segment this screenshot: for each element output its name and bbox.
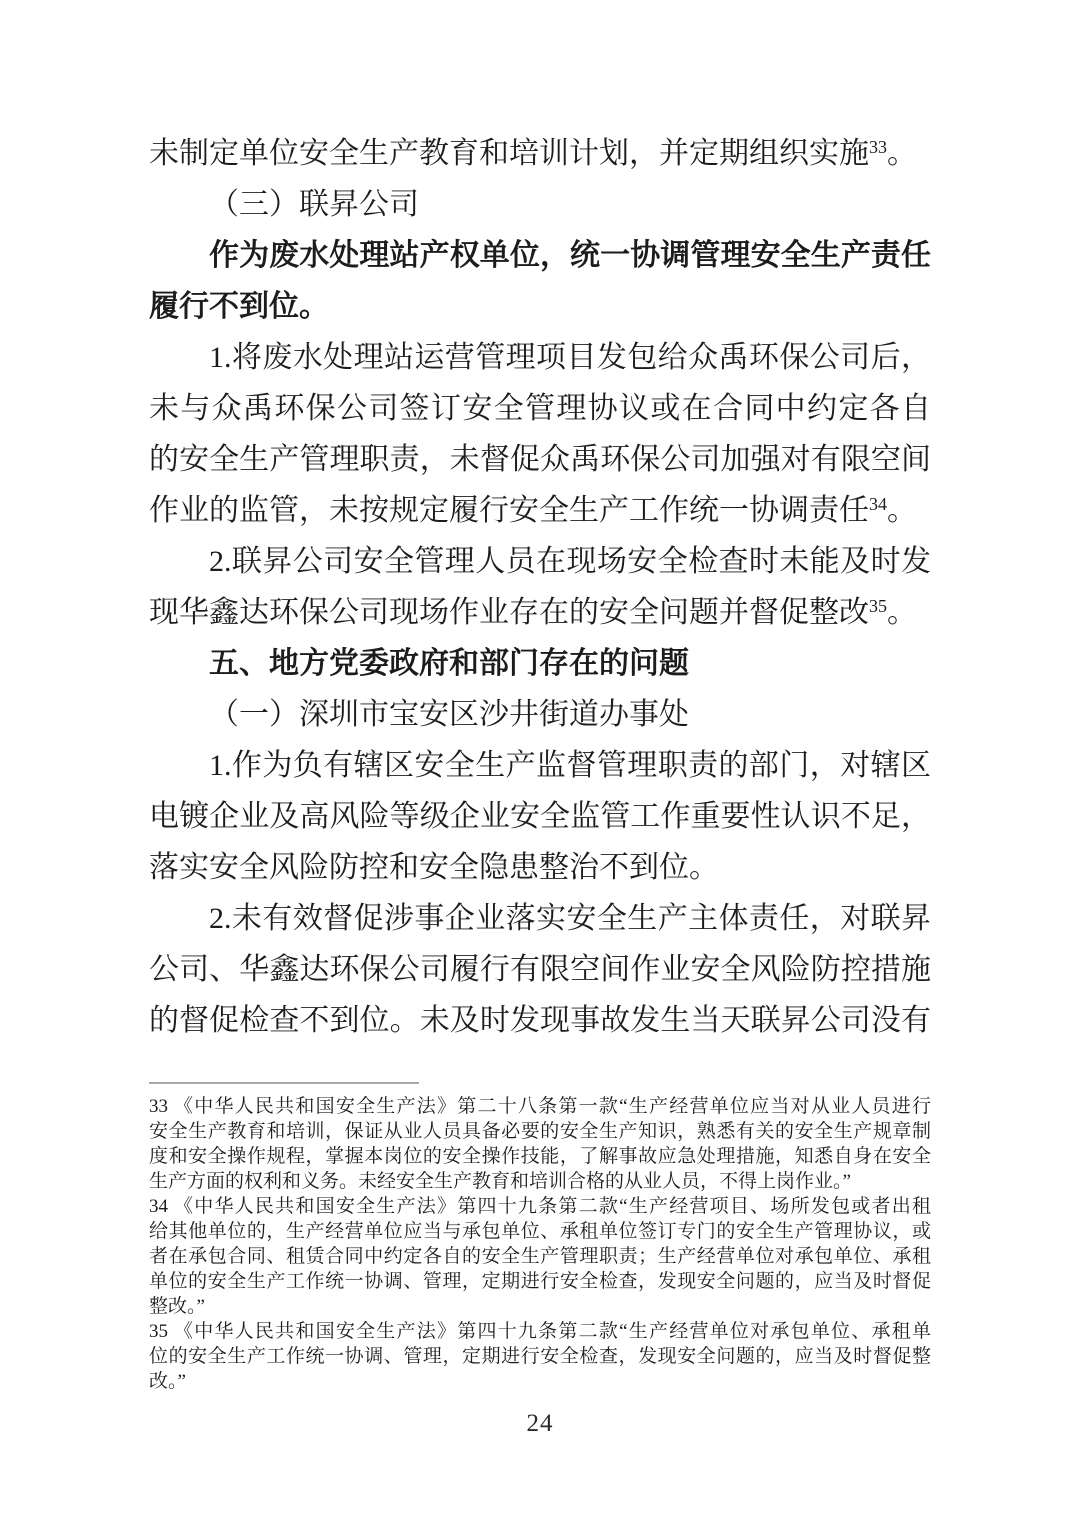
body-line: 2.未有效督促涉事企业落实安全生产主体责任，对联昇	[149, 893, 931, 944]
body-line: 未制定单位安全生产教育和培训计划，并定期组织实施33。	[149, 128, 931, 179]
footnote-ref-34: 34	[869, 494, 887, 514]
body-line-tail: 。	[887, 137, 917, 170]
footnote-line: 生产方面的权利和义务。未经安全生产教育和培训合格的从业人员，不得上岗作业。”	[149, 1169, 931, 1194]
body-line-text: 现华鑫达环保公司现场作业存在的安全问题并督促整改	[149, 596, 869, 629]
body-line-tail: 。	[887, 494, 917, 527]
body-line-text: 作业的监管，未按规定履行安全生产工作统一协调责任	[149, 494, 869, 527]
footnote-line: 35 《中华人民共和国安全生产法》第四十九条第二款“生产经营单位对承包单位、承租…	[149, 1319, 931, 1344]
body-line: 电镀企业及高风险等级企业安全监管工作重要性认识不足，	[149, 791, 931, 842]
footnote-line: 单位的安全生产工作统一协调、管理，定期进行安全检查，发现安全问题的，应当及时督促	[149, 1269, 931, 1294]
body-line: 的督促检查不到位。未及时发现事故发生当天联昇公司没有	[149, 995, 931, 1046]
footnote-line: 给其他单位的，生产经营单位应当与承包单位、承租单位签订专门的安全生产管理协议，或	[149, 1219, 931, 1244]
body-line: 作业的监管，未按规定履行安全生产工作统一协调责任34。	[149, 485, 931, 536]
footnote-line: 位的安全生产工作统一协调、管理，定期进行安全检查，发现安全问题的，应当及时督促整	[149, 1344, 931, 1369]
footnote-line: 者在承包合同、租赁合同中约定各自的安全生产管理职责；生产经营单位对承包单位、承租	[149, 1244, 931, 1269]
footnote-ref-33: 33	[869, 137, 887, 157]
footnote-line: 34 《中华人民共和国安全生产法》第四十九条第二款“生产经营项目、场所发包或者出…	[149, 1194, 931, 1219]
bold-statement-line: 履行不到位。	[149, 281, 931, 332]
subsection-heading-3: （三）联昇公司	[149, 179, 931, 230]
body-line: 的安全生产管理职责，未督促众禹环保公司加强对有限空间	[149, 434, 931, 485]
body-line: 1.作为负有辖区安全生产监督管理职责的部门，对辖区	[149, 740, 931, 791]
document-page: 未制定单位安全生产教育和培训计划，并定期组织实施33。 （三）联昇公司 作为废水…	[0, 0, 1080, 1527]
footnote-divider	[149, 1082, 419, 1084]
section-heading-5: 五、地方党委政府和部门存在的问题	[149, 638, 931, 689]
footnote-line: 33 《中华人民共和国安全生产法》第二十八条第一款“生产经营单位应当对从业人员进…	[149, 1094, 931, 1119]
footnote-ref-35: 35	[869, 596, 887, 616]
body-line: 2.联昇公司安全管理人员在现场安全检查时未能及时发	[149, 536, 931, 587]
bold-statement-line: 作为废水处理站产权单位，统一协调管理安全生产责任	[149, 230, 931, 281]
body-line: 现华鑫达环保公司现场作业存在的安全问题并督促整改35。	[149, 587, 931, 638]
footnote-line: 度和安全操作规程，掌握本岗位的安全操作技能，了解事故应急处理措施，知悉自身在安全	[149, 1144, 931, 1169]
footnotes: 33 《中华人民共和国安全生产法》第二十八条第一款“生产经营单位应当对从业人员进…	[149, 1094, 931, 1394]
footnote-line: 安全生产教育和培训，保证从业人员具备必要的安全生产知识，熟悉有关的安全生产规章制	[149, 1119, 931, 1144]
body-line: 落实安全风险防控和安全隐患整治不到位。	[149, 842, 931, 893]
body-line: 未与众禹环保公司签订安全管理协议或在合同中约定各自	[149, 383, 931, 434]
page-number: 24	[149, 1410, 931, 1438]
footnote-line: 改。”	[149, 1369, 931, 1394]
subsection-heading-1: （一）深圳市宝安区沙井街道办事处	[149, 689, 931, 740]
body-line: 1.将废水处理站运营管理项目发包给众禹环保公司后，	[149, 332, 931, 383]
body-line-tail: 。	[887, 596, 917, 629]
body-line: 公司、华鑫达环保公司履行有限空间作业安全风险防控措施	[149, 944, 931, 995]
footnote-line: 整改。”	[149, 1294, 931, 1319]
body-line-text: 未制定单位安全生产教育和培训计划，并定期组织实施	[149, 137, 869, 170]
body-text: 未制定单位安全生产教育和培训计划，并定期组织实施33。 （三）联昇公司 作为废水…	[149, 128, 931, 1046]
